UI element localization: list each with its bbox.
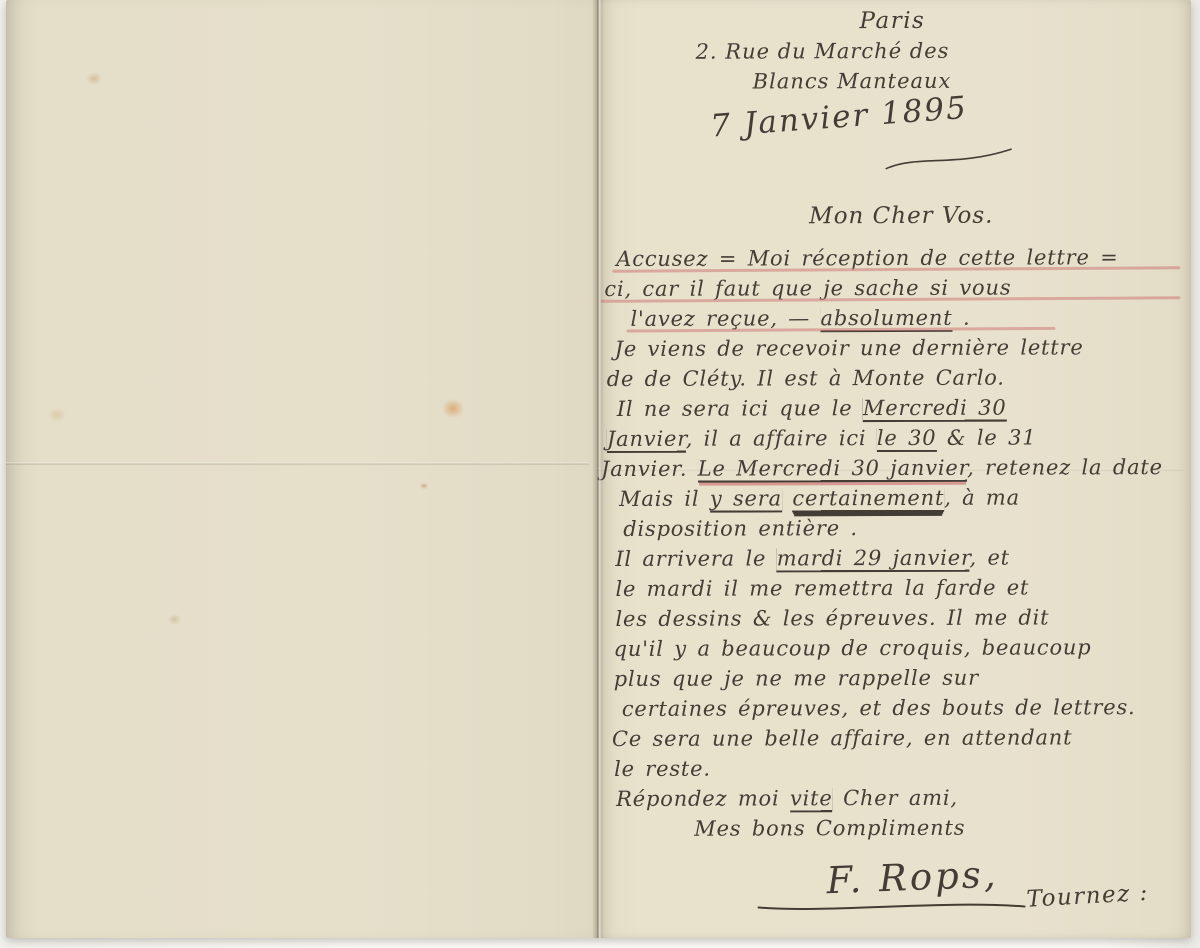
pen-flourish-icon <box>883 144 1017 180</box>
text-segment: . <box>952 306 970 330</box>
text-segment: le reste. <box>614 757 711 781</box>
letter-line: Il arrivera le mardi 29 janvier, et <box>615 542 1183 574</box>
letter-date: 7 Janvier 1895 <box>709 90 969 145</box>
text-segment: de de Cléty. Il est à Monte Carlo. <box>607 366 1005 391</box>
letter-line: Je viens de recevoir une dernière lettre <box>615 332 1183 364</box>
underlined-phrase: mardi 29 janvier <box>777 546 970 571</box>
text-segment: Mais il <box>619 487 710 511</box>
text-segment: Il ne sera ici que le <box>617 396 863 421</box>
letter-body: Accusez = Moi réception de cette lettre … <box>610 242 1184 844</box>
stain <box>442 399 464 418</box>
letter-line: les dessins & les épreuves. Il me dit <box>615 602 1183 634</box>
horizontal-fold-crease <box>6 462 589 466</box>
underlined-phrase: le 30 <box>877 426 937 450</box>
text-segment: , et <box>969 546 1010 570</box>
text-segment: certaines épreuves, et des bouts de lett… <box>622 695 1136 721</box>
letter-line: ci, car il faut que je sache si vous <box>604 272 1182 304</box>
letter-line: disposition entière . <box>623 512 1183 544</box>
text-segment: le mardi il me remettra la farde et <box>615 576 1029 601</box>
signature-flourish-icon <box>756 898 1028 921</box>
letter-scan: Paris 2. Rue du Marché des Blancs Mantea… <box>0 0 1200 948</box>
text-segment: les dessins & les épreuves. Il me dit <box>615 605 1049 631</box>
stain <box>48 408 66 422</box>
text-segment: Je viens de recevoir une dernière lettre <box>615 335 1084 361</box>
letter-line: le mardi il me remettra la farde et <box>615 572 1183 604</box>
stain <box>420 483 428 489</box>
text-segment: Janvier. <box>601 457 698 481</box>
stain <box>168 614 181 625</box>
text-segment: & le 31 <box>936 426 1036 450</box>
stain <box>86 72 102 85</box>
letter-line: plus que je ne me rappelle sur <box>614 662 1184 694</box>
letter-line: Janvier, il a affaire ici le 30 & le 31 <box>607 422 1183 454</box>
center-fold <box>592 0 604 938</box>
letter-line: Mes bons Compliments <box>694 812 1184 844</box>
text-segment: Il arrivera le <box>615 546 776 571</box>
letter-line: qu'il y a beaucoup de croquis, beaucoup <box>614 632 1184 664</box>
text-segment: Cher ami, <box>833 786 958 810</box>
underlined-phrase: certainement <box>792 486 944 511</box>
signature: F. Rops, <box>826 853 1000 903</box>
letter-line: Il ne sera ici que le Mercredi 30 <box>617 392 1183 424</box>
turn-page-note: Tournez : <box>1026 880 1150 913</box>
letter-text: Paris 2. Rue du Marché des Blancs Mantea… <box>595 0 1191 938</box>
underlined-phrase: Le Mercredi 30 janvier <box>698 456 967 481</box>
paper-sheet: Paris 2. Rue du Marché des Blancs Mantea… <box>6 0 1191 938</box>
letter-line: Répondez moi vite Cher ami, <box>616 782 1184 814</box>
text-segment: Ce sera une belle affaire, en attendant <box>612 725 1072 751</box>
underlined-phrase: Janvier <box>607 427 686 451</box>
page-left-blank <box>6 0 597 938</box>
heading-address-line2: Blancs Manteaux <box>753 69 952 94</box>
text-segment <box>782 486 793 510</box>
letter-line: le reste. <box>614 752 1184 784</box>
text-segment: Accusez = Moi réception de cette lettre … <box>616 245 1118 271</box>
text-segment: disposition entière . <box>623 516 858 541</box>
text-segment: , il a affaire ici <box>686 426 877 451</box>
underlined-phrase: y sera <box>710 486 782 510</box>
text-segment: Répondez moi <box>616 786 790 811</box>
letter-line: Accusez = Moi réception de cette lettre … <box>616 242 1182 274</box>
heading-address-line1: 2. Rue du Marché des <box>696 39 950 64</box>
text-segment: ci, car il faut que je sache si vous <box>604 276 1011 301</box>
underlined-phrase: Mercredi 30 <box>863 396 1007 421</box>
text-segment: Mes bons Compliments <box>694 816 965 841</box>
letter-line: Mais il y sera certainement, à ma <box>619 482 1183 514</box>
letter-line: Ce sera une belle affaire, en attendant <box>612 722 1184 754</box>
letter-line: l'avez reçue, — absolument . <box>630 302 1182 334</box>
letter-line: certaines épreuves, et des bouts de lett… <box>622 692 1184 724</box>
page-right-letter: Paris 2. Rue du Marché des Blancs Mantea… <box>597 0 1191 938</box>
letter-line: Janvier. Le Mercredi 30 janvier, retenez… <box>601 452 1183 484</box>
heading-city: Paris <box>595 7 1189 35</box>
text-segment: , à ma <box>944 486 1020 510</box>
underlined-phrase: vite <box>790 786 833 810</box>
letter-line: de de Cléty. Il est à Monte Carlo. <box>607 362 1183 394</box>
text-segment: qu'il y a beaucoup de croquis, beaucoup <box>614 635 1092 661</box>
text-segment: , retenez la date <box>967 455 1163 480</box>
salutation: Mon Cher Vos. <box>809 203 993 230</box>
text-segment: l'avez reçue, — <box>630 306 820 331</box>
underlined-phrase: absolument <box>820 306 952 330</box>
text-segment: plus que je ne me rappelle sur <box>614 666 979 691</box>
